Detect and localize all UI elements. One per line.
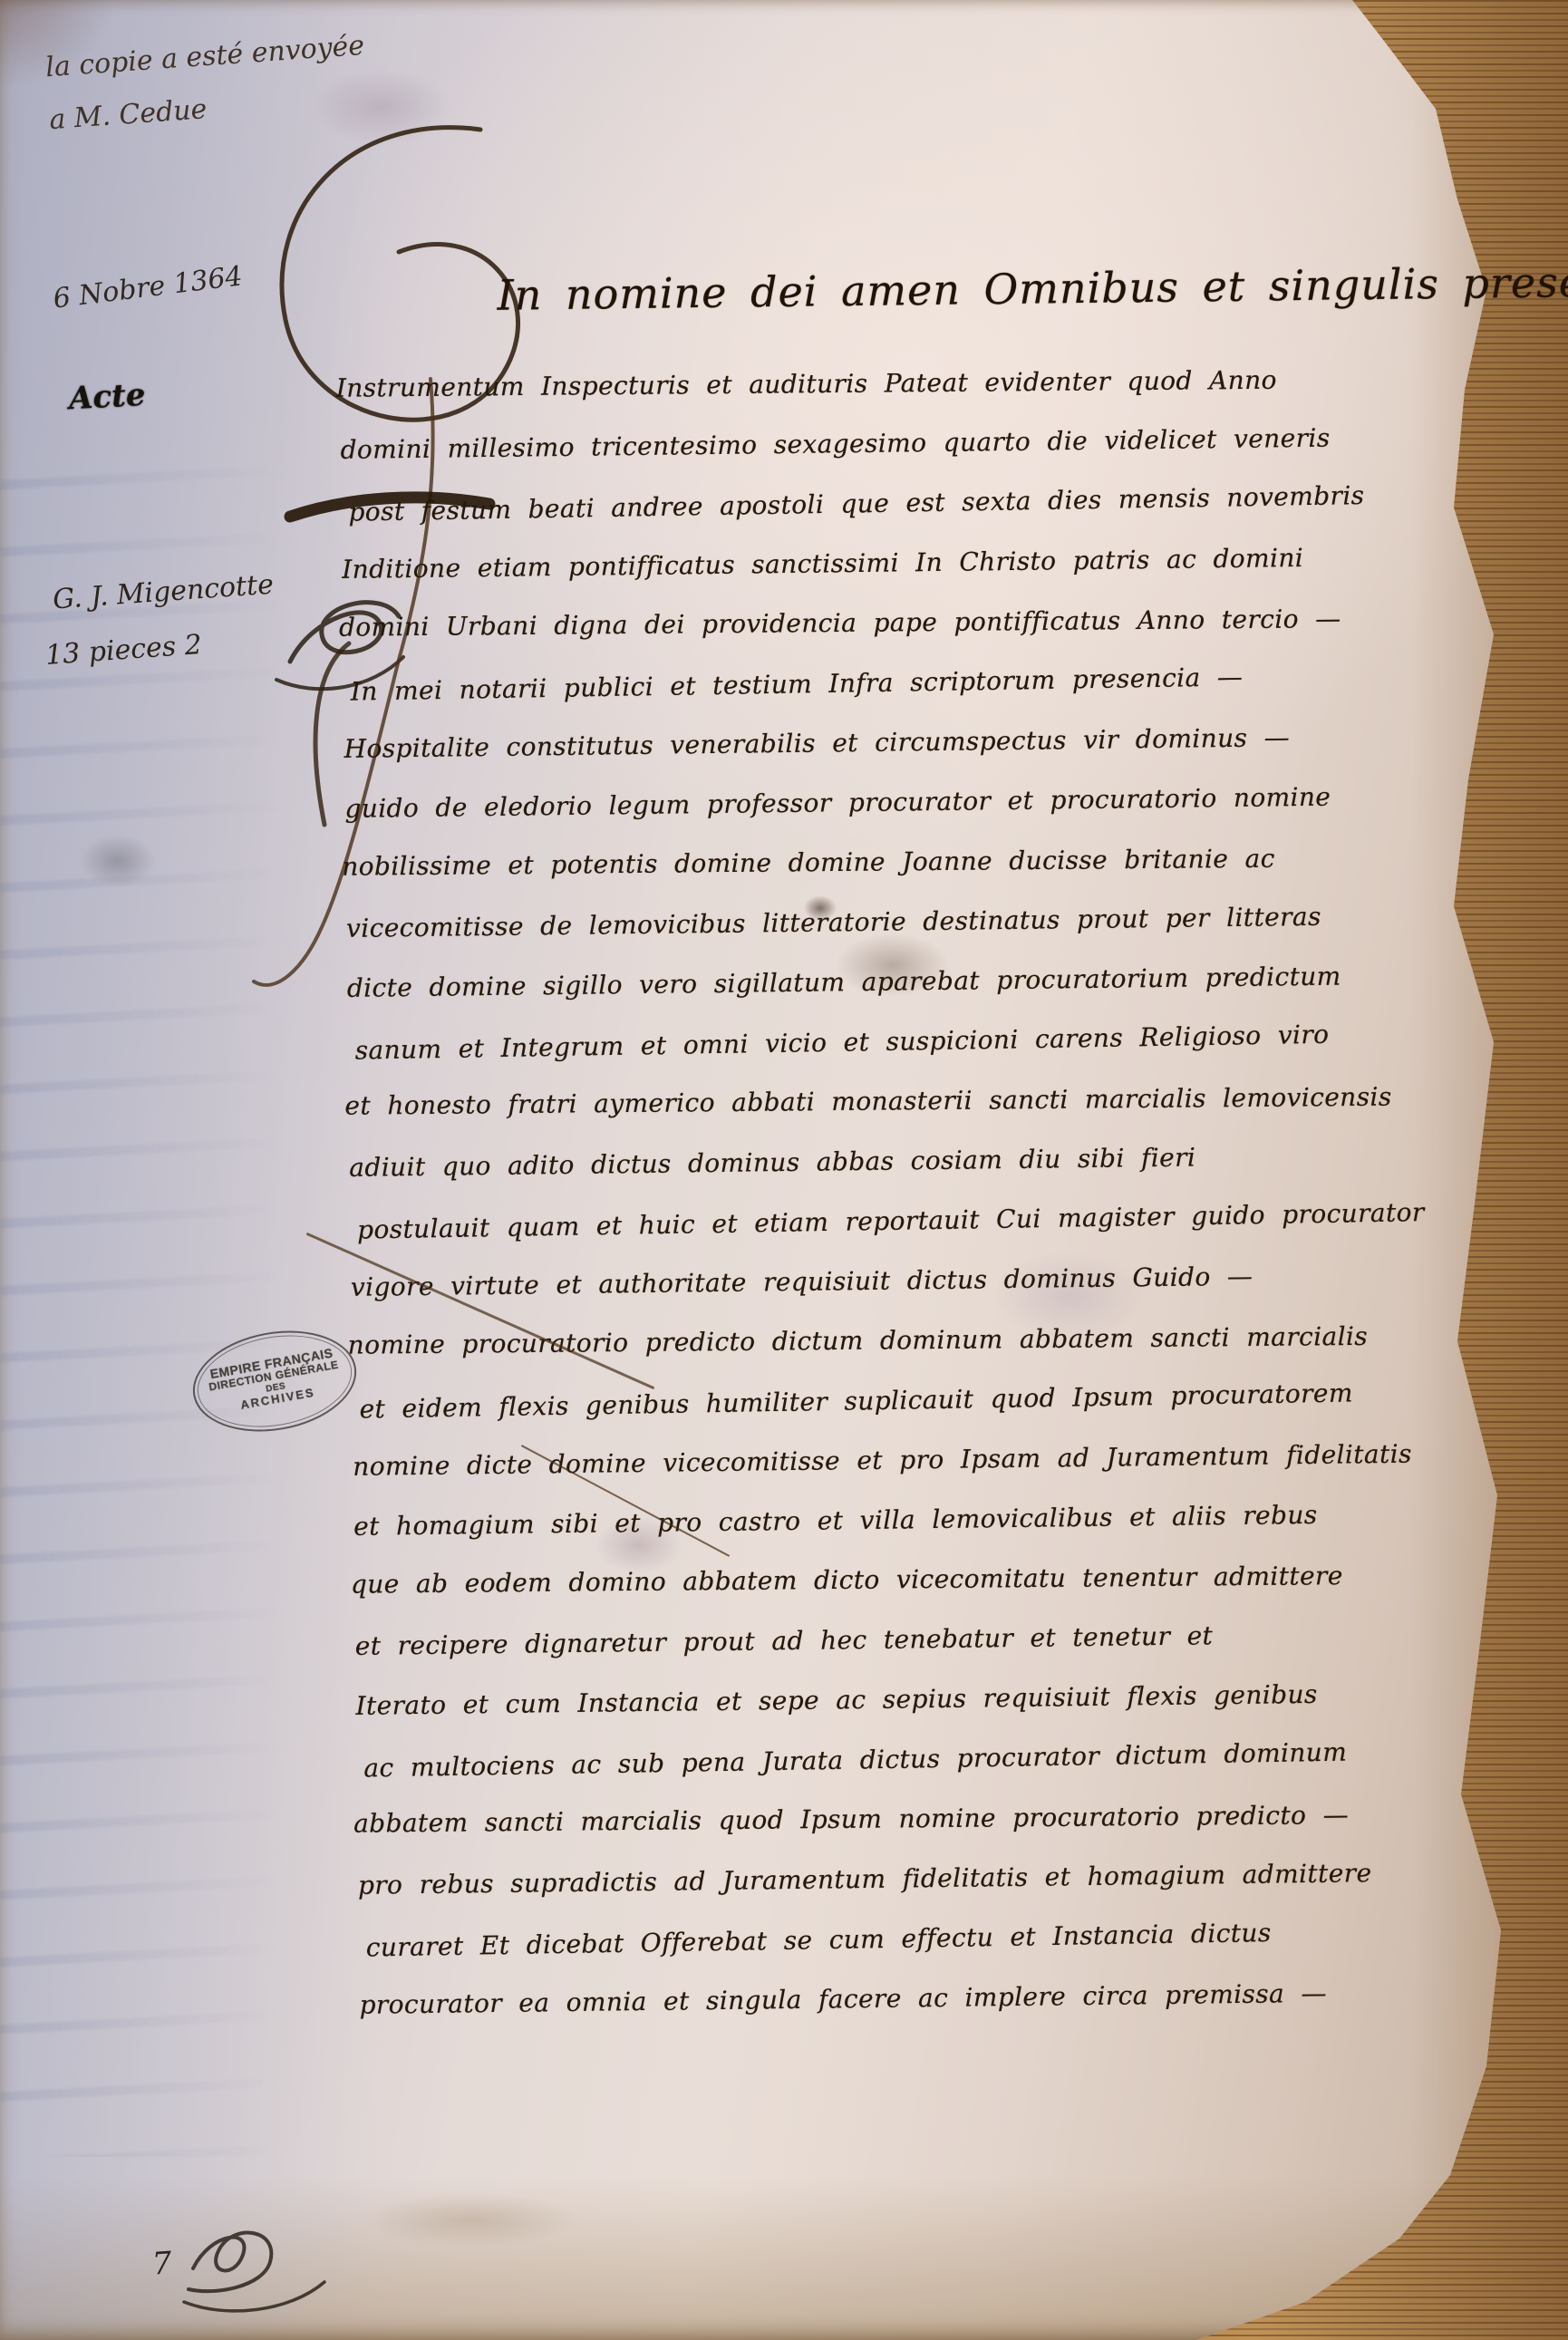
stamp-line2: DIRECTION GÉNÉRALE <box>208 1359 339 1395</box>
manuscript-line: Instrumentum Inspecturis et audituris Pa… <box>335 348 1509 418</box>
stamp-line4: ARCHIVES <box>239 1387 316 1413</box>
manuscript-line: que ab eodem domino abbatem dicto viceco… <box>351 1544 1524 1614</box>
page-number: 7 <box>151 2245 173 2282</box>
margin-acte-label: Acte <box>68 377 146 417</box>
manuscript-photo: la copie a esté envoyée a M. Cedue 6 Nob… <box>0 0 1568 2340</box>
stamp-line3: DES <box>265 1381 286 1395</box>
page-paraph-icon <box>179 2219 334 2327</box>
manuscript-body: Instrumentum Inspecturis et audituris Pa… <box>339 346 1528 2035</box>
manuscript-line: nobilissime et potentis domine domine Jo… <box>342 827 1515 896</box>
manuscript-heading: In nomine dei amen Omnibus et singulis p… <box>497 250 1508 328</box>
manuscript-line: abbatem sancti marcialis quod Ipsum nomi… <box>353 1784 1527 1853</box>
stamp-line1: EMPIRE FRANÇAIS <box>208 1345 334 1381</box>
manuscript-line: et honesto fratri aymerico abbati monast… <box>344 1066 1518 1136</box>
manuscript-text-block: In nomine dei amen Omnibus et singulis p… <box>338 250 1529 2035</box>
